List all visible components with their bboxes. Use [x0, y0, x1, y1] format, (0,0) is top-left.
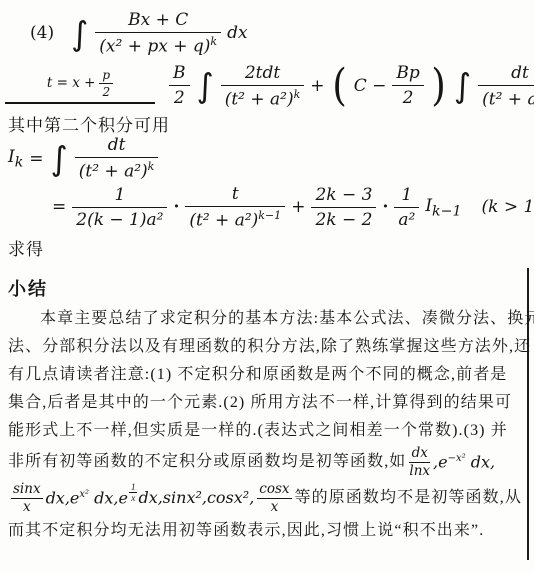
- paragraph-line: 有几点请读者注意:(1) 不定积分和原函数是两个不同的概念,前者是: [8, 361, 528, 389]
- explanation-text: 其中第二个积分可用: [8, 111, 534, 135]
- fraction: t (t² + a²)k−1: [185, 184, 285, 231]
- fraction: 2k − 3 2k − 2: [311, 185, 376, 230]
- math-run: dx,e: [46, 489, 80, 508]
- page-edge-line: [527, 268, 529, 560]
- plus-sign: +: [291, 197, 305, 217]
- right-paren: ): [431, 66, 446, 106]
- fraction: 1 a²: [394, 185, 419, 230]
- mini-fraction: p 2: [99, 68, 113, 99]
- inline-fraction: dx lnx: [409, 446, 430, 480]
- fraction: Bx + C (x² + px + q)k: [95, 10, 221, 57]
- left-paren: (: [332, 66, 347, 106]
- denominator: x: [11, 499, 43, 516]
- paragraph-line: 法、分部积分法以及有理函数的积分方法,除了熟练掌握这些方法外,还: [8, 333, 528, 361]
- line-text: 等的原函数均不是初等函数,从: [295, 489, 522, 507]
- inner-fraction: Bp 2: [392, 63, 423, 108]
- inline-fraction: sinx x: [11, 482, 43, 516]
- exponent-k-minus-1: k−1: [258, 209, 281, 222]
- exponent-fraction: 1 x: [129, 482, 138, 504]
- numerator: sinx: [11, 482, 43, 500]
- numerator: 2tdt: [221, 63, 305, 86]
- summary-heading: 小结: [8, 275, 534, 301]
- paragraph-line-math: sinx x dx,ex² dx,e 1 x dx,sinx²,cosx², c…: [8, 481, 528, 517]
- denominator: (t² + a²)k: [75, 158, 159, 182]
- denominator-base: (t² + a²): [79, 162, 148, 182]
- integral-sign: ∫: [197, 69, 214, 102]
- denominator: a²: [394, 208, 419, 230]
- denominator: 2: [169, 86, 190, 108]
- mini-numerator: p: [99, 68, 113, 84]
- denominator-base: (t² + a²): [225, 89, 294, 109]
- numerator: cosx: [257, 482, 291, 500]
- summary-paragraph: 本章主要总结了求定积分的基本方法:基本公式法、凑微分法、换元 法、分部积分法以及…: [8, 305, 528, 545]
- math-text: dx,sinx²,cosx²,: [138, 489, 254, 507]
- denominator: x: [257, 499, 291, 516]
- denominator: (t² + a²)k: [478, 86, 534, 110]
- Ik-symbol: Ik: [8, 147, 23, 170]
- denominator: 2k − 2: [311, 208, 376, 230]
- denominator-base: (x² + px + q): [99, 37, 210, 57]
- denominator: x: [129, 493, 138, 503]
- fraction: dt (t² + a²)k: [478, 63, 534, 110]
- numerator: 1: [129, 482, 138, 493]
- numerator: dt: [478, 63, 534, 86]
- paragraph-line: 本章主要总结了求定积分的基本方法:基本公式法、凑微分法、换元: [8, 305, 528, 333]
- paragraph-line: 集合,后者是其中的一个元素.(2) 所用方法不一样,计算得到的结果可: [8, 389, 528, 417]
- denominator: 2(k − 1)a²: [72, 208, 167, 230]
- math-text: dx,ex² dx,e: [46, 489, 128, 508]
- numerator: dt: [75, 135, 159, 158]
- subscript-k: k: [15, 154, 24, 170]
- denominator: lnx: [409, 463, 430, 480]
- formula-number: (4): [30, 23, 54, 43]
- Ik-minus-1-symbol: Ik−1: [425, 196, 461, 219]
- mini-denominator: 2: [99, 84, 113, 99]
- obtain-text: 求得: [8, 235, 534, 259]
- numerator: Bp: [392, 63, 423, 86]
- integral-sign: ∫: [71, 17, 88, 50]
- exponent-k: k: [294, 88, 301, 101]
- textbook-page: (4) ∫ Bx + C (x² + px + q)k dx t = x + p…: [0, 0, 534, 572]
- inner-term: C −: [354, 76, 387, 96]
- formula-substitution: t = x + p 2 B 2 ∫ 2tdt (t² + a²)k + ( C …: [5, 63, 534, 110]
- multiplication-dot: ·: [173, 197, 179, 217]
- numerator: Bx + C: [95, 10, 221, 33]
- fraction: 2tdt (t² + a²)k: [221, 63, 305, 110]
- line-text: 非所有初等函数的不定积分或原函数均是初等函数,如: [8, 453, 406, 471]
- paragraph-line: 而其不定积分均无法用初等函数表示,因此,习惯上说“积不出来”.: [8, 517, 528, 545]
- fraction: dt (t² + a²)k: [75, 135, 159, 182]
- numerator: dx: [409, 446, 430, 464]
- multiplication-dot: ·: [382, 197, 388, 217]
- fraction: 1 2(k − 1)a²: [72, 185, 167, 230]
- numerator: B: [169, 63, 190, 86]
- coefficient-fraction: B 2: [169, 63, 190, 108]
- exponent-x2: x²: [79, 489, 89, 500]
- paragraph-line-math: 非所有初等函数的不定积分或原函数均是初等函数,如 dx lnx ,e−x² dx…: [8, 445, 528, 481]
- formula-recursion: = 1 2(k − 1)a² · t (t² + a²)k−1 + 2k − 3…: [52, 184, 534, 231]
- denominator: (t² + a²)k−1: [185, 207, 285, 231]
- equals-sign: =: [29, 149, 43, 169]
- numerator: 1: [394, 185, 419, 208]
- denominator-base: (t² + a²): [189, 211, 258, 231]
- plus-sign: +: [310, 76, 324, 96]
- numerator: 2k − 3: [311, 185, 376, 208]
- I-base: I: [8, 147, 15, 167]
- exponent-k: k: [148, 160, 155, 173]
- differential: dx,: [466, 453, 495, 472]
- numerator: t: [185, 184, 285, 207]
- e-base: ,e: [433, 453, 448, 472]
- numerator: 1: [72, 185, 167, 208]
- substitution-text: t = x + p 2: [37, 68, 123, 102]
- integral-sign: ∫: [51, 142, 68, 175]
- math-text: ,e−x² dx,: [433, 453, 495, 472]
- integral-sign: ∫: [454, 69, 471, 102]
- equals-sign: =: [52, 197, 66, 217]
- paragraph-line: 能形式上不一样,但实质是一样的.(表达式之间相差一个常数).(3) 并: [8, 417, 528, 445]
- denominator-base: (t² + a²): [482, 89, 534, 109]
- substitution-annotation: t = x + p 2: [5, 68, 155, 104]
- inline-fraction: cosx x: [257, 482, 291, 516]
- substitution-lhs: t = x +: [47, 75, 96, 91]
- subscript-k-minus-1: k−1: [432, 203, 461, 219]
- condition: (k > 1): [481, 197, 534, 217]
- denominator: 2: [392, 86, 423, 108]
- exponent-minus-x2: −x²: [448, 453, 466, 464]
- equals-rule: [5, 102, 155, 104]
- exponent-k: k: [210, 35, 217, 48]
- math-run: dx,e: [89, 489, 128, 508]
- differential-dx: dx: [227, 23, 247, 43]
- denominator: (t² + a²)k: [221, 86, 305, 110]
- formula-4: (4) ∫ Bx + C (x² + px + q)k dx: [30, 10, 534, 57]
- formula-Ik-definition: Ik = ∫ dt (t² + a²)k: [8, 135, 534, 182]
- denominator: (x² + px + q)k: [95, 33, 221, 57]
